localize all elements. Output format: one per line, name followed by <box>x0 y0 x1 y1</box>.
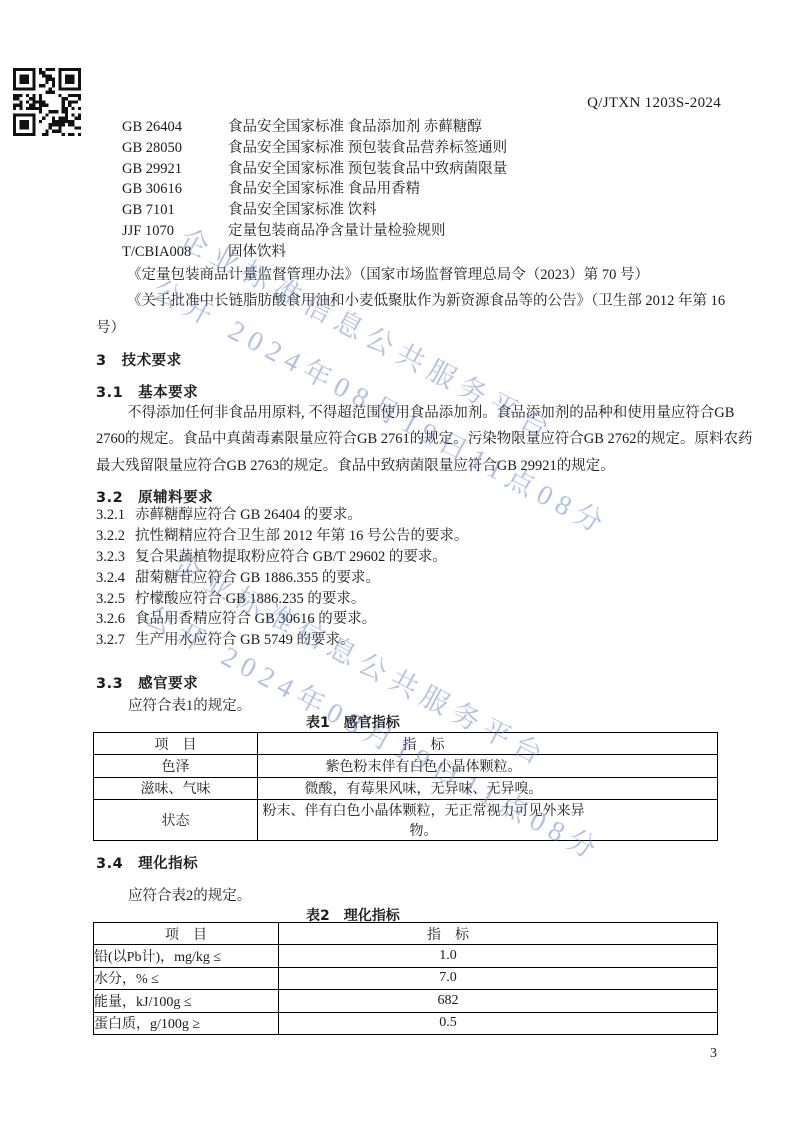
item-cell: 色泽 <box>94 755 258 777</box>
item-cell: 蛋白质，g/100g ≥ <box>94 1012 279 1034</box>
clause-row: 3.2.5 柠檬酸应符合 GB 1886.235 的要求。 <box>96 589 720 610</box>
paragraph-line: 不得添加任何非食品用原料, 不得超范围使用食品添加剂。食品添加剂的品种和使用量应… <box>96 400 720 426</box>
standard-row: GB 28050 食品安全国家标准 预包装食品营养标签通则 <box>122 138 722 159</box>
notice-paragraphs: 《定量包装商品计量监督管理办法》（国家市场监督管理总局令（2023）第 70 号… <box>96 262 720 341</box>
item-label: 铅(以Pb计)，mg/kg <box>94 950 210 965</box>
physicochemical-table: 项 目 指 标 铅(以Pb计)，mg/kg ≤ 1.0 水分，% ≤ 7.0 能… <box>93 922 718 1035</box>
item-cell: 状态 <box>94 800 258 841</box>
notice-line: 号） <box>96 315 720 341</box>
standard-title: 食品安全国家标准 食品添加剂 赤藓糖醇 <box>228 117 482 138</box>
standard-title: 食品安全国家标准 饮料 <box>228 200 377 221</box>
document-page: Q/JTXN 1203S-2024 GB 26404 食品安全国家标准 食品添加… <box>0 0 794 1123</box>
clause-number: 3.2.7 <box>96 630 135 651</box>
table-row: 能量，kJ/100g ≤ 682 <box>94 990 718 1012</box>
column-header: 指 标 <box>279 923 718 945</box>
table-row: 状态 粉末、伴有白色小晶体颗粒，无正常视力可见外来异物。 <box>94 800 718 841</box>
section-3-1-heading: 3.1 基本要求 <box>96 381 198 402</box>
item-label: 水分，% <box>94 972 148 987</box>
relation-symbol: ≥ <box>192 1017 200 1032</box>
item-label: 蛋白质，g/100g <box>94 1017 189 1032</box>
clause-row: 3.2.7 生产用水应符合 GB 5749 的要求。 <box>96 630 720 651</box>
table-row: 铅(以Pb计)，mg/kg ≤ 1.0 <box>94 945 718 967</box>
spec-cell: 0.5 <box>279 1012 718 1034</box>
notice-line: 《定量包装商品计量监督管理办法》（国家市场监督管理总局令（2023）第 70 号… <box>96 262 720 288</box>
qr-code <box>13 68 81 136</box>
spec-cell: 粉末、伴有白色小晶体颗粒，无正常视力可见外来异物。 <box>258 800 718 841</box>
table1-intro: 应符合表1的规定。 <box>128 694 251 715</box>
table-header-row: 项 目 指 标 <box>94 733 718 755</box>
item-cell: 能量，kJ/100g ≤ <box>94 990 279 1012</box>
section-3-heading: 3 技术要求 <box>96 349 182 370</box>
clause-row: 3.2.6 食品用香精应符合 GB 30616 的要求。 <box>96 609 720 630</box>
clause-row: 3.2.2 抗性糊精应符合卫生部 2012 年第 16 号公告的要求。 <box>96 526 720 547</box>
clause-text: 甜菊糖苷应符合 GB 1886.355 的要求。 <box>135 568 380 589</box>
clause-number: 3.2.3 <box>96 547 135 568</box>
clause-number: 3.2.6 <box>96 609 135 630</box>
standard-title: 食品安全国家标准 预包装食品营养标签通则 <box>228 138 507 159</box>
clause-text: 赤藓糖醇应符合 GB 26404 的要求。 <box>135 505 362 526</box>
column-header: 项 目 <box>94 733 258 755</box>
standard-code: GB 28050 <box>122 138 228 159</box>
page-number: 3 <box>710 1046 717 1062</box>
clause-number: 3.2.1 <box>96 505 135 526</box>
spec-cell: 微酸，有莓果风味，无异味、无异嗅。 <box>258 777 718 799</box>
section-3-4-heading: 3.4 理化指标 <box>96 852 198 873</box>
clause-text: 食品用香精应符合 GB 30616 的要求。 <box>135 609 376 630</box>
standard-code: JJF 1070 <box>122 221 228 242</box>
clause-number: 3.2.5 <box>96 589 135 610</box>
clause-number: 3.2.2 <box>96 526 135 547</box>
document-code: Q/JTXN 1203S-2024 <box>587 95 721 112</box>
table-row: 蛋白质，g/100g ≥ 0.5 <box>94 1012 718 1034</box>
table-row: 色泽 紫色粉末伴有白色小晶体颗粒。 <box>94 755 718 777</box>
spec-cell: 7.0 <box>279 967 718 989</box>
standard-code: GB 30616 <box>122 179 228 200</box>
standard-code: T/CBIA008 <box>122 242 228 263</box>
clause-text: 柠檬酸应符合 GB 1886.235 的要求。 <box>135 589 365 610</box>
standard-code: GB 29921 <box>122 159 228 180</box>
table1-caption: 表1 感官指标 <box>306 712 400 732</box>
standard-title: 食品安全国家标准 食品用香精 <box>228 179 420 200</box>
section-3-3-heading: 3.3 感官要求 <box>96 672 198 693</box>
standard-row: GB 30616 食品安全国家标准 食品用香精 <box>122 179 722 200</box>
table-header-row: 项 目 指 标 <box>94 923 718 945</box>
relation-symbol: ≤ <box>151 972 159 987</box>
section-3-2-heading: 3.2 原辅料要求 <box>96 486 213 507</box>
spec-cell: 紫色粉末伴有白色小晶体颗粒。 <box>258 755 718 777</box>
standard-code: GB 7101 <box>122 200 228 221</box>
standard-code: GB 26404 <box>122 117 228 138</box>
clause-number: 3.2.4 <box>96 568 135 589</box>
section-3-2-items: 3.2.1 赤藓糖醇应符合 GB 26404 的要求。 3.2.2 抗性糊精应符… <box>96 505 720 651</box>
standard-row: GB 7101 食品安全国家标准 饮料 <box>122 200 722 221</box>
spec-cell: 682 <box>279 990 718 1012</box>
clause-text: 生产用水应符合 GB 5749 的要求。 <box>135 630 355 651</box>
relation-symbol: ≤ <box>213 950 221 965</box>
item-cell: 水分，% ≤ <box>94 967 279 989</box>
paragraph-line: 最大残留限量应符合GB 2763的规定。食品中致病菌限量应符合GB 29921的… <box>96 453 720 479</box>
paragraph-line: 2760的规定。食品中真菌毒素限量应符合GB 2761的规定。污染物限量应符合G… <box>96 426 720 452</box>
standard-title: 定量包装商品净含量计量检验规则 <box>228 221 446 242</box>
standards-list: GB 26404 食品安全国家标准 食品添加剂 赤藓糖醇 GB 28050 食品… <box>122 117 722 263</box>
sensory-table: 项 目 指 标 色泽 紫色粉末伴有白色小晶体颗粒。 滋味、气味 微酸，有莓果风味… <box>93 732 718 841</box>
spec-cell: 1.0 <box>279 945 718 967</box>
section-3-1-paragraph: 不得添加任何非食品用原料, 不得超范围使用食品添加剂。食品添加剂的品种和使用量应… <box>96 400 720 479</box>
notice-line: 《关于批准中长链脂肪酸食用油和小麦低聚肽作为新资源食品等的公告》（卫生部 201… <box>96 288 720 314</box>
clause-text: 抗性糊精应符合卫生部 2012 年第 16 号公告的要求。 <box>135 526 469 547</box>
standard-row: GB 29921 食品安全国家标准 预包装食品中致病菌限量 <box>122 159 722 180</box>
column-header: 指 标 <box>258 733 718 755</box>
clause-text: 复合果蔬植物提取粉应符合 GB/T 29602 的要求。 <box>135 547 447 568</box>
standard-row: T/CBIA008 固体饮料 <box>122 242 722 263</box>
standard-title: 食品安全国家标准 预包装食品中致病菌限量 <box>228 159 507 180</box>
relation-symbol: ≤ <box>184 995 192 1010</box>
item-cell: 滋味、气味 <box>94 777 258 799</box>
clause-row: 3.2.4 甜菊糖苷应符合 GB 1886.355 的要求。 <box>96 568 720 589</box>
item-label: 能量，kJ/100g <box>94 995 180 1010</box>
clause-row: 3.2.3 复合果蔬植物提取粉应符合 GB/T 29602 的要求。 <box>96 547 720 568</box>
item-cell: 铅(以Pb计)，mg/kg ≤ <box>94 945 279 967</box>
standard-row: GB 26404 食品安全国家标准 食品添加剂 赤藓糖醇 <box>122 117 722 138</box>
column-header: 项 目 <box>94 923 279 945</box>
table-row: 水分，% ≤ 7.0 <box>94 967 718 989</box>
standard-title: 固体饮料 <box>228 242 286 263</box>
table-row: 滋味、气味 微酸，有莓果风味，无异味、无异嗅。 <box>94 777 718 799</box>
standard-row: JJF 1070 定量包装商品净含量计量检验规则 <box>122 221 722 242</box>
clause-row: 3.2.1 赤藓糖醇应符合 GB 26404 的要求。 <box>96 505 720 526</box>
table2-intro: 应符合表2的规定。 <box>128 884 251 905</box>
